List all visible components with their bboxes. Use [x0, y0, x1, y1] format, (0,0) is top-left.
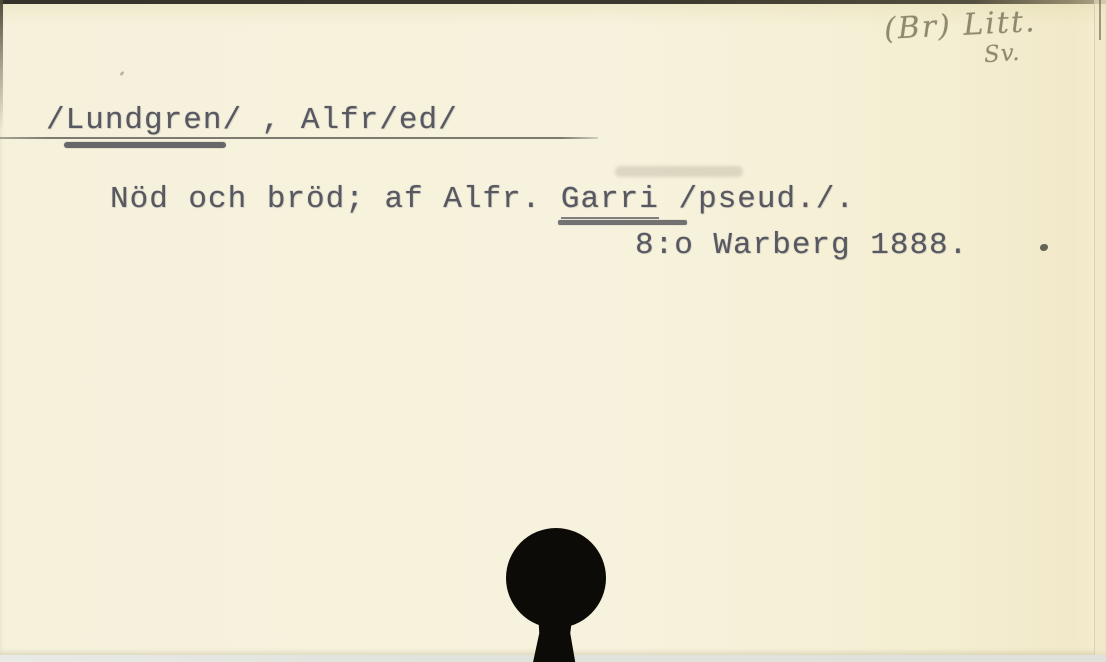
keyhole-circle	[506, 528, 606, 628]
erased-text-smudge	[615, 166, 743, 177]
card-right-edge	[1094, 0, 1106, 655]
pseudonym-name: Garri	[561, 182, 659, 219]
heading-author-forename: / , Alfr/ed/	[222, 103, 457, 138]
title-statement-line: Nöd och bröd; af Alfr. Garri /pseud./.	[110, 182, 855, 218]
imprint-line: 8:o Warberg 1888.	[635, 228, 968, 264]
card-top-edge	[0, 0, 1106, 4]
pseudonym-note: /pseud./.	[659, 182, 855, 217]
classification-language-mark: Sv.	[983, 40, 1021, 68]
heading-rule	[0, 137, 598, 139]
heading-open-slash: /	[46, 103, 66, 138]
heading-author-surname: Lundgren	[66, 103, 223, 138]
catalog-card-scan: (Br) Litt. Sv. /Lundgren/ , Alfr/ed/ Nöd…	[0, 0, 1106, 662]
title-text: Nöd och bröd; af Alfr.	[110, 182, 561, 217]
card-right-edge-shadow	[1099, 0, 1101, 40]
paper-speck	[119, 71, 125, 77]
ink-speck	[1040, 244, 1048, 251]
card-left-edge	[0, 0, 3, 130]
heading-line: /Lundgren/ , Alfr/ed/	[46, 103, 458, 139]
